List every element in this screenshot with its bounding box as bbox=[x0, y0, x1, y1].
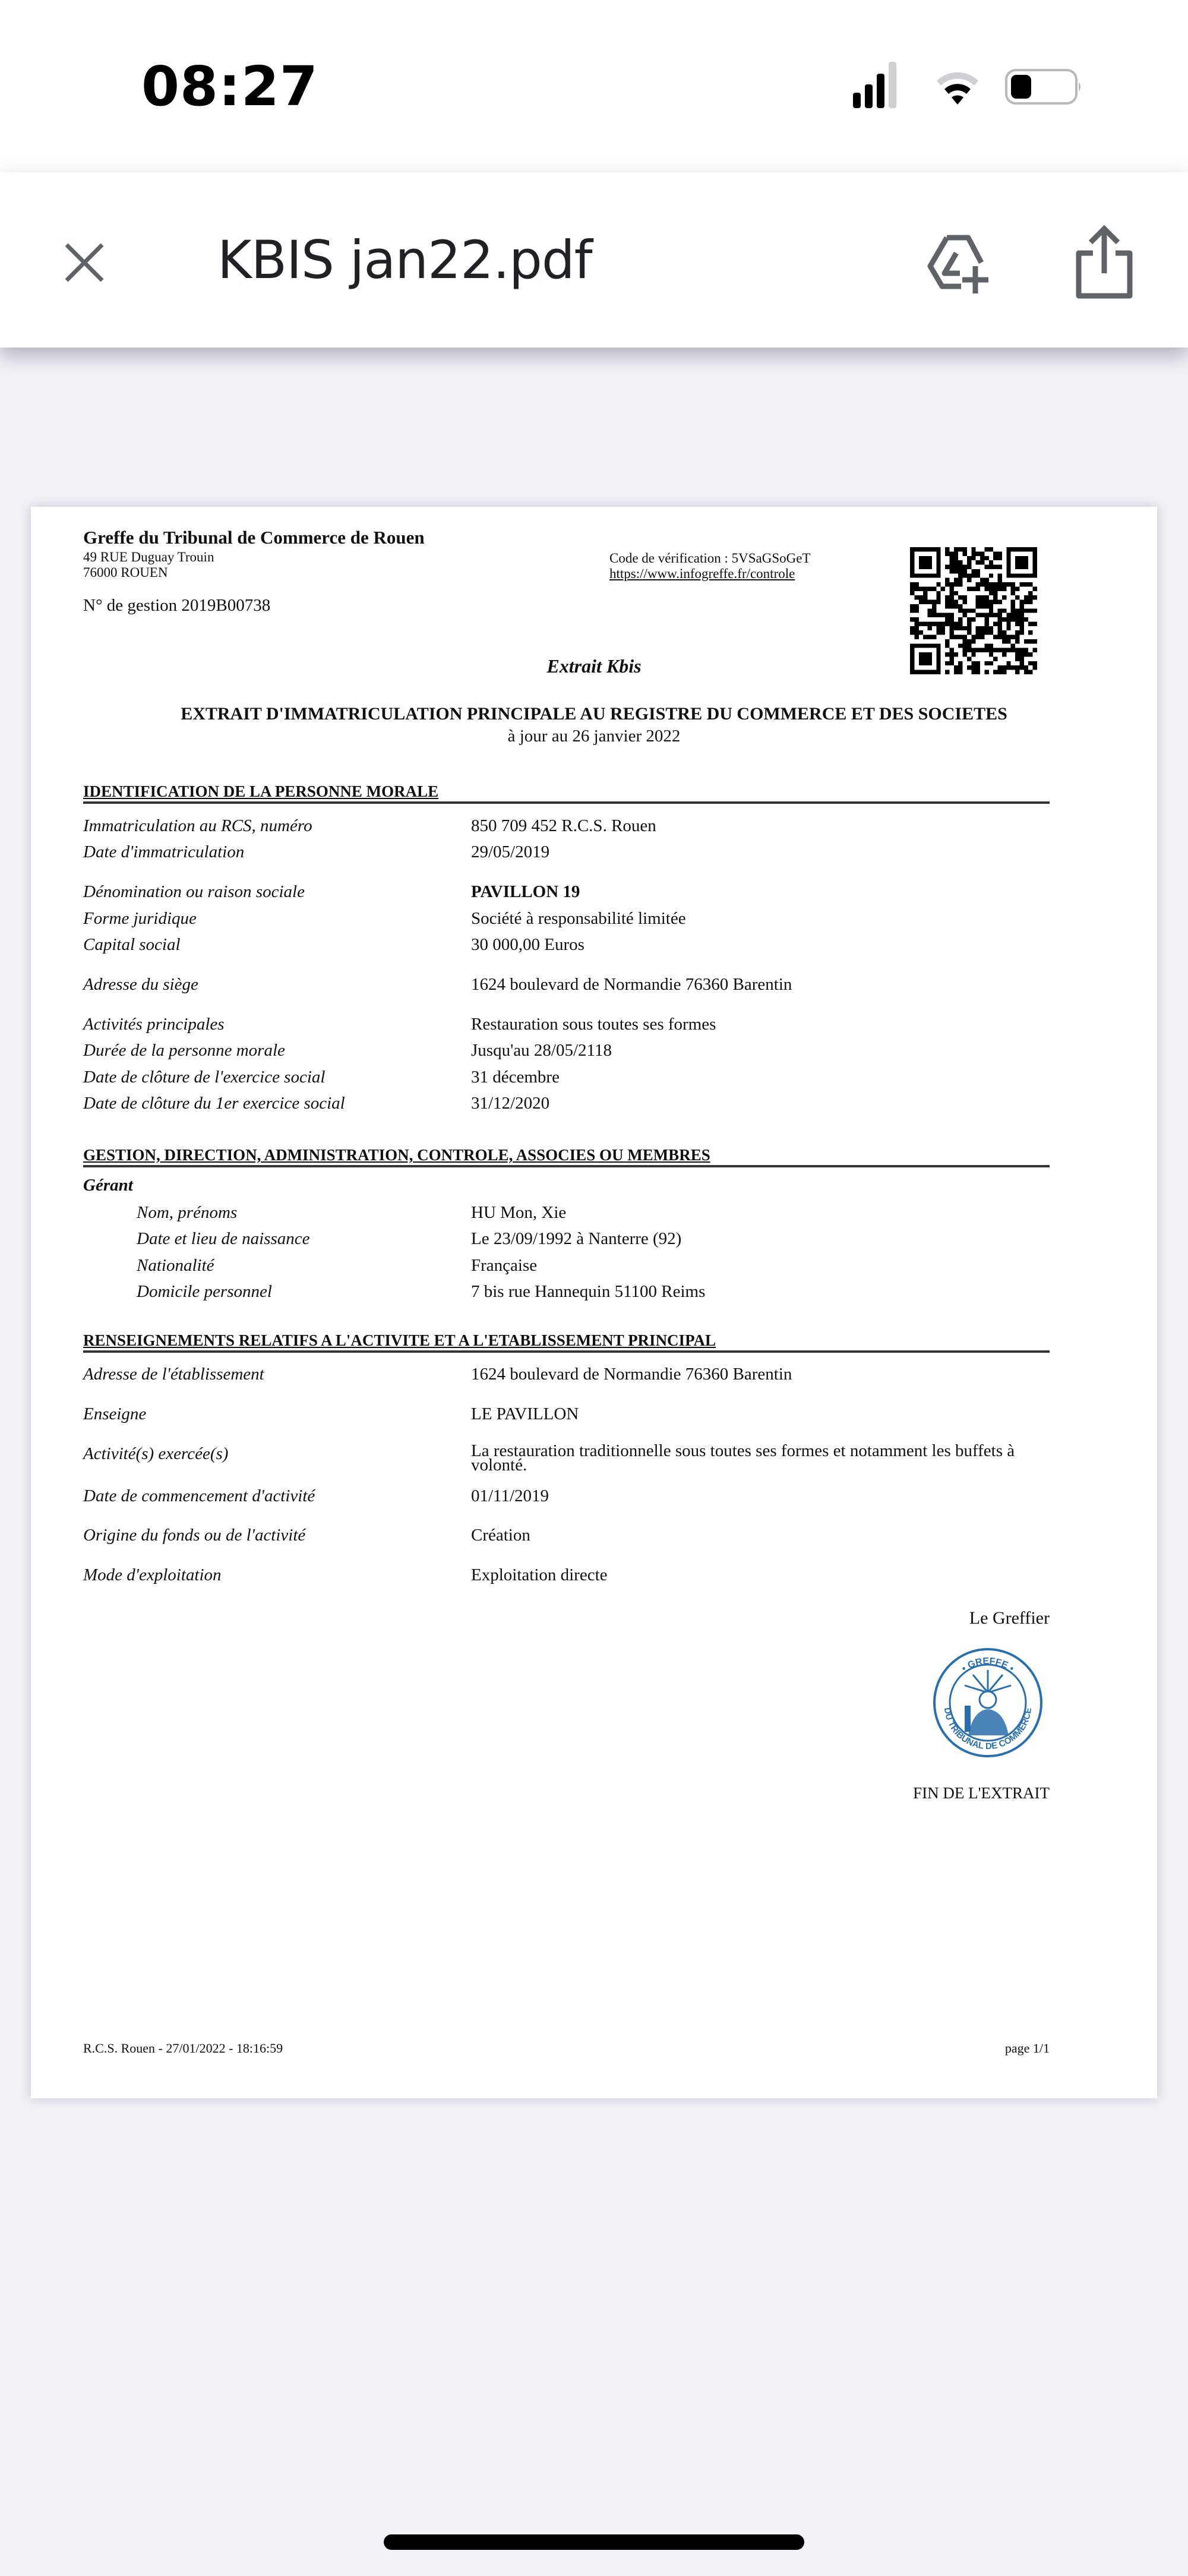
court-address-line1: 49 RUE Duguay Trouin bbox=[83, 550, 214, 565]
add-to-drive-icon[interactable] bbox=[922, 229, 993, 301]
field-value: Française bbox=[471, 1255, 1050, 1276]
field-label: Domicile personnel bbox=[137, 1281, 272, 1302]
field-label: Nationalité bbox=[137, 1255, 214, 1276]
section-heading-identification: IDENTIFICATION DE LA PERSONNE MORALE bbox=[83, 781, 1050, 804]
page-number: page 1/1 bbox=[1005, 2041, 1050, 2056]
field-value: Le 23/09/1992 à Nanterre (92) bbox=[471, 1229, 1050, 1249]
field-label: Activité(s) exercée(s) bbox=[83, 1444, 228, 1464]
verification-code: Code de vérification : 5VSaGSoGeT bbox=[609, 551, 811, 566]
field-label: Adresse de l'établissement bbox=[83, 1364, 264, 1384]
close-icon[interactable] bbox=[59, 238, 109, 288]
field-label: Date et lieu de naissance bbox=[137, 1229, 310, 1249]
field-value: Exploitation directe bbox=[471, 1565, 1050, 1585]
main-title: EXTRAIT D'IMMATRICULATION PRINCIPALE AU … bbox=[31, 704, 1157, 724]
field-label: Immatriculation au RCS, numéro bbox=[83, 816, 312, 836]
field-value: La restauration traditionnelle sous tout… bbox=[471, 1444, 1050, 1472]
role-label: Gérant bbox=[83, 1176, 133, 1195]
field-label: Date d'immatriculation bbox=[83, 842, 244, 862]
field-label: Dénomination ou raison sociale bbox=[83, 882, 305, 902]
end-of-extract: FIN DE L'EXTRAIT bbox=[913, 1784, 1050, 1802]
pdf-page: Greffe du Tribunal de Commerce de Rouen … bbox=[31, 507, 1157, 2098]
signature-label: Le Greffier bbox=[969, 1608, 1050, 1628]
share-icon[interactable] bbox=[1073, 223, 1136, 301]
field-value: LE PAVILLON bbox=[471, 1404, 1050, 1424]
section-heading-management: GESTION, DIRECTION, ADMINISTRATION, CONT… bbox=[83, 1145, 1050, 1167]
field-label: Forme juridique bbox=[83, 908, 197, 929]
field-label: Date de clôture de l'exercice social bbox=[83, 1067, 325, 1087]
field-value: 31/12/2020 bbox=[471, 1093, 1050, 1113]
field-label: Durée de la personne morale bbox=[83, 1040, 285, 1060]
court-seal-stamp: • GREFFE • DU TRIBUNAL DE COMMERCE bbox=[931, 1646, 1044, 1759]
field-value: 01/11/2019 bbox=[471, 1486, 1050, 1506]
field-value: 29/05/2019 bbox=[471, 842, 1050, 862]
field-value: 7 bis rue Hannequin 51100 Reims bbox=[471, 1281, 1050, 1302]
field-label: Adresse du siège bbox=[83, 974, 198, 995]
field-label: Capital social bbox=[83, 935, 181, 955]
field-label: Nom, prénoms bbox=[137, 1202, 237, 1223]
court-name: Greffe du Tribunal de Commerce de Rouen bbox=[83, 527, 425, 548]
clock: 08:27 bbox=[141, 55, 318, 118]
field-label: Enseigne bbox=[83, 1404, 146, 1424]
cellular-signal-icon bbox=[853, 61, 896, 108]
field-value: Jusqu'au 28/05/2118 bbox=[471, 1040, 1050, 1060]
field-value: 850 709 452 R.C.S. Rouen bbox=[471, 816, 1050, 836]
field-label: Date de commencement d'activité bbox=[83, 1486, 315, 1506]
field-label: Mode d'exploitation bbox=[83, 1565, 222, 1585]
section-heading-activity: RENSEIGNEMENTS RELATIFS A L'ACTIVITE ET … bbox=[83, 1330, 1050, 1353]
document-type-title: Extrait Kbis bbox=[31, 655, 1157, 677]
wifi-icon bbox=[934, 65, 981, 107]
field-label: Date de clôture du 1er exercice social bbox=[83, 1093, 345, 1113]
field-value: 31 décembre bbox=[471, 1067, 1050, 1087]
document-title: KBIS jan22.pdf bbox=[217, 229, 592, 291]
field-value: Société à responsabilité limitée bbox=[471, 908, 1050, 929]
gestion-number: N° de gestion 2019B00738 bbox=[83, 596, 270, 615]
field-value: Restauration sous toutes ses formes bbox=[471, 1014, 1050, 1034]
page-footer-reference: R.C.S. Rouen - 27/01/2022 - 18:16:59 bbox=[83, 2041, 283, 2056]
status-bar: 08:27 bbox=[0, 0, 1188, 172]
field-value: 30 000,00 Euros bbox=[471, 935, 1050, 955]
field-value: 1624 boulevard de Normandie 76360 Barent… bbox=[471, 1364, 1050, 1384]
home-indicator[interactable] bbox=[384, 2534, 804, 2550]
pdf-viewer-toolbar: KBIS jan22.pdf bbox=[0, 172, 1188, 348]
battery-icon bbox=[1005, 69, 1083, 105]
field-label: Origine du fonds ou de l'activité bbox=[83, 1525, 305, 1545]
field-value: 1624 boulevard de Normandie 76360 Barent… bbox=[471, 974, 1050, 995]
field-label: Activités principales bbox=[83, 1014, 225, 1034]
pdf-viewer-area[interactable]: Greffe du Tribunal de Commerce de Rouen … bbox=[0, 348, 1188, 2576]
court-address-line2: 76000 ROUEN bbox=[83, 565, 168, 580]
company-name: PAVILLON 19 bbox=[471, 882, 1050, 902]
main-subtitle: à jour au 26 janvier 2022 bbox=[31, 727, 1157, 746]
field-value: HU Mon, Xie bbox=[471, 1202, 1050, 1223]
field-value: Création bbox=[471, 1525, 1050, 1545]
verification-link[interactable]: https://www.infogreffe.fr/controle bbox=[609, 566, 795, 582]
